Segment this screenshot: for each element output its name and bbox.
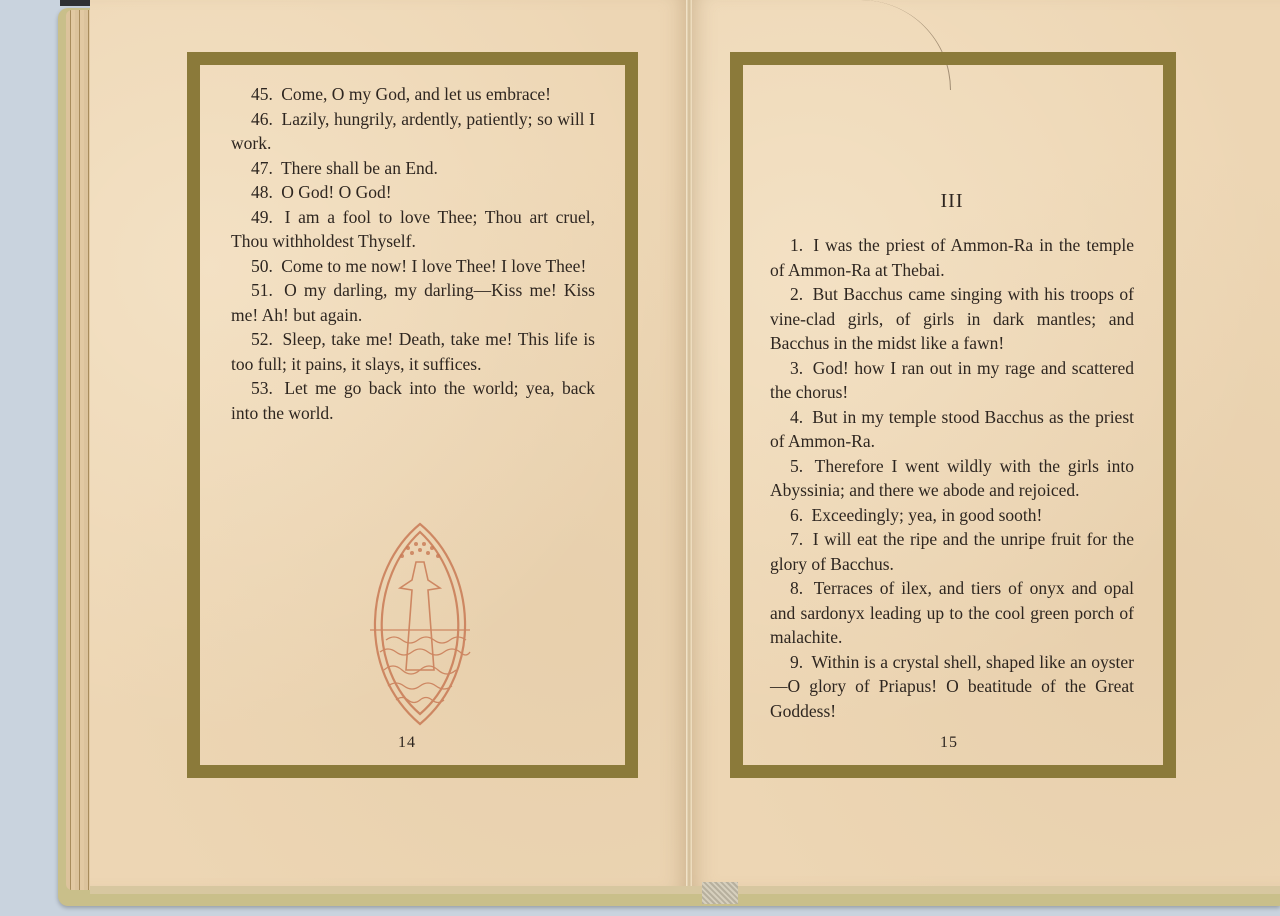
verse: 6. Exceedingly; yea, in good sooth! — [770, 503, 1134, 528]
verse: 4. But in my temple stood Bacchus as the… — [770, 405, 1134, 454]
verse-text: O my darling, my darling—Kiss me! Kiss m… — [231, 280, 595, 325]
verse-number: 51. — [251, 280, 273, 300]
verse-text: Sleep, take me! Death, take me! This lif… — [231, 329, 595, 374]
verse-number: 1. — [790, 235, 803, 255]
verse: 2. But Bacchus came singing with his tro… — [770, 282, 1134, 356]
verse-text: Let me go back into the world; yea, back… — [231, 378, 595, 423]
bookmark-ribbon — [702, 882, 738, 904]
verse: 9. Within is a crystal shell, shaped lik… — [770, 650, 1134, 724]
vesica-seal-icon — [356, 520, 484, 728]
verse-text: But in my temple stood Bacchus as the pr… — [770, 407, 1134, 452]
verse-text: Exceedingly; yea, in good sooth! — [812, 505, 1043, 525]
verse-text: Come to me now! I love Thee! I love Thee… — [281, 256, 586, 276]
verse-text: O God! O God! — [281, 182, 391, 202]
verse-text: God! how I ran out in my rage and scatte… — [770, 358, 1134, 403]
verse-number: 4. — [790, 407, 803, 427]
verse: 51. O my darling, my darling—Kiss me! Ki… — [231, 278, 595, 327]
verse-text: I was the priest of Ammon-Ra in the temp… — [770, 235, 1134, 280]
verse-number: 8. — [790, 578, 803, 598]
chapter-heading: III — [770, 190, 1134, 213]
verse-text: Terraces of ilex, and tiers of onyx and … — [770, 578, 1134, 647]
verse-number: 5. — [790, 456, 803, 476]
verse-number: 48. — [251, 182, 273, 202]
verse-text: I am a fool to love Thee; Thou art cruel… — [231, 207, 595, 252]
verse: 49. I am a fool to love Thee; Thou art c… — [231, 205, 595, 254]
verse: 1. I was the priest of Ammon-Ra in the t… — [770, 233, 1134, 282]
page-bottom-edge — [90, 886, 1280, 894]
verse: 3. God! how I ran out in my rage and sca… — [770, 356, 1134, 405]
left-page-text: 45. Come, O my God, and let us embrace! … — [231, 82, 595, 425]
verse-number: 3. — [790, 358, 803, 378]
page-number-right: 15 — [940, 734, 958, 752]
verse-number: 46. — [251, 109, 273, 129]
verse-text: Therefore I went wildly with the girls i… — [770, 456, 1134, 501]
verse-number: 6. — [790, 505, 803, 525]
verse-number: 50. — [251, 256, 273, 276]
verse: 52. Sleep, take me! Death, take me! This… — [231, 327, 595, 376]
verse: 46. Lazily, hungrily, ardently, patientl… — [231, 107, 595, 156]
verse-number: 53. — [251, 378, 273, 398]
verse-number: 49. — [251, 207, 273, 227]
verse-text: I will eat the ripe and the unripe fruit… — [770, 529, 1134, 574]
verse: 47. There shall be an End. — [231, 156, 595, 181]
verse-number: 45. — [251, 84, 273, 104]
verse-number: 47. — [251, 158, 273, 178]
book-gutter — [686, 0, 692, 890]
verse-text: Lazily, hungrily, ardently, patiently; s… — [231, 109, 595, 154]
verse-number: 52. — [251, 329, 273, 349]
right-page-text: 1. I was the priest of Ammon-Ra in the t… — [770, 233, 1134, 723]
verse-text: Within is a crystal shell, shaped like a… — [770, 652, 1134, 721]
verse: 53. Let me go back into the world; yea, … — [231, 376, 595, 425]
verse: 50. Come to me now! I love Thee! I love … — [231, 254, 595, 279]
verse-text: But Bacchus came singing with his troops… — [770, 284, 1134, 353]
verse-text: Come, O my God, and let us embrace! — [281, 84, 551, 104]
verse: 48. O God! O God! — [231, 180, 595, 205]
verse-number: 7. — [790, 529, 803, 549]
verse: 45. Come, O my God, and let us embrace! — [231, 82, 595, 107]
verse: 7. I will eat the ripe and the unripe fr… — [770, 527, 1134, 576]
verse: 5. Therefore I went wildly with the girl… — [770, 454, 1134, 503]
page-number-left: 14 — [398, 734, 416, 752]
verse-number: 2. — [790, 284, 803, 304]
verse: 8. Terraces of ilex, and tiers of onyx a… — [770, 576, 1134, 650]
verse-text: There shall be an End. — [281, 158, 438, 178]
verse-number: 9. — [790, 652, 803, 672]
